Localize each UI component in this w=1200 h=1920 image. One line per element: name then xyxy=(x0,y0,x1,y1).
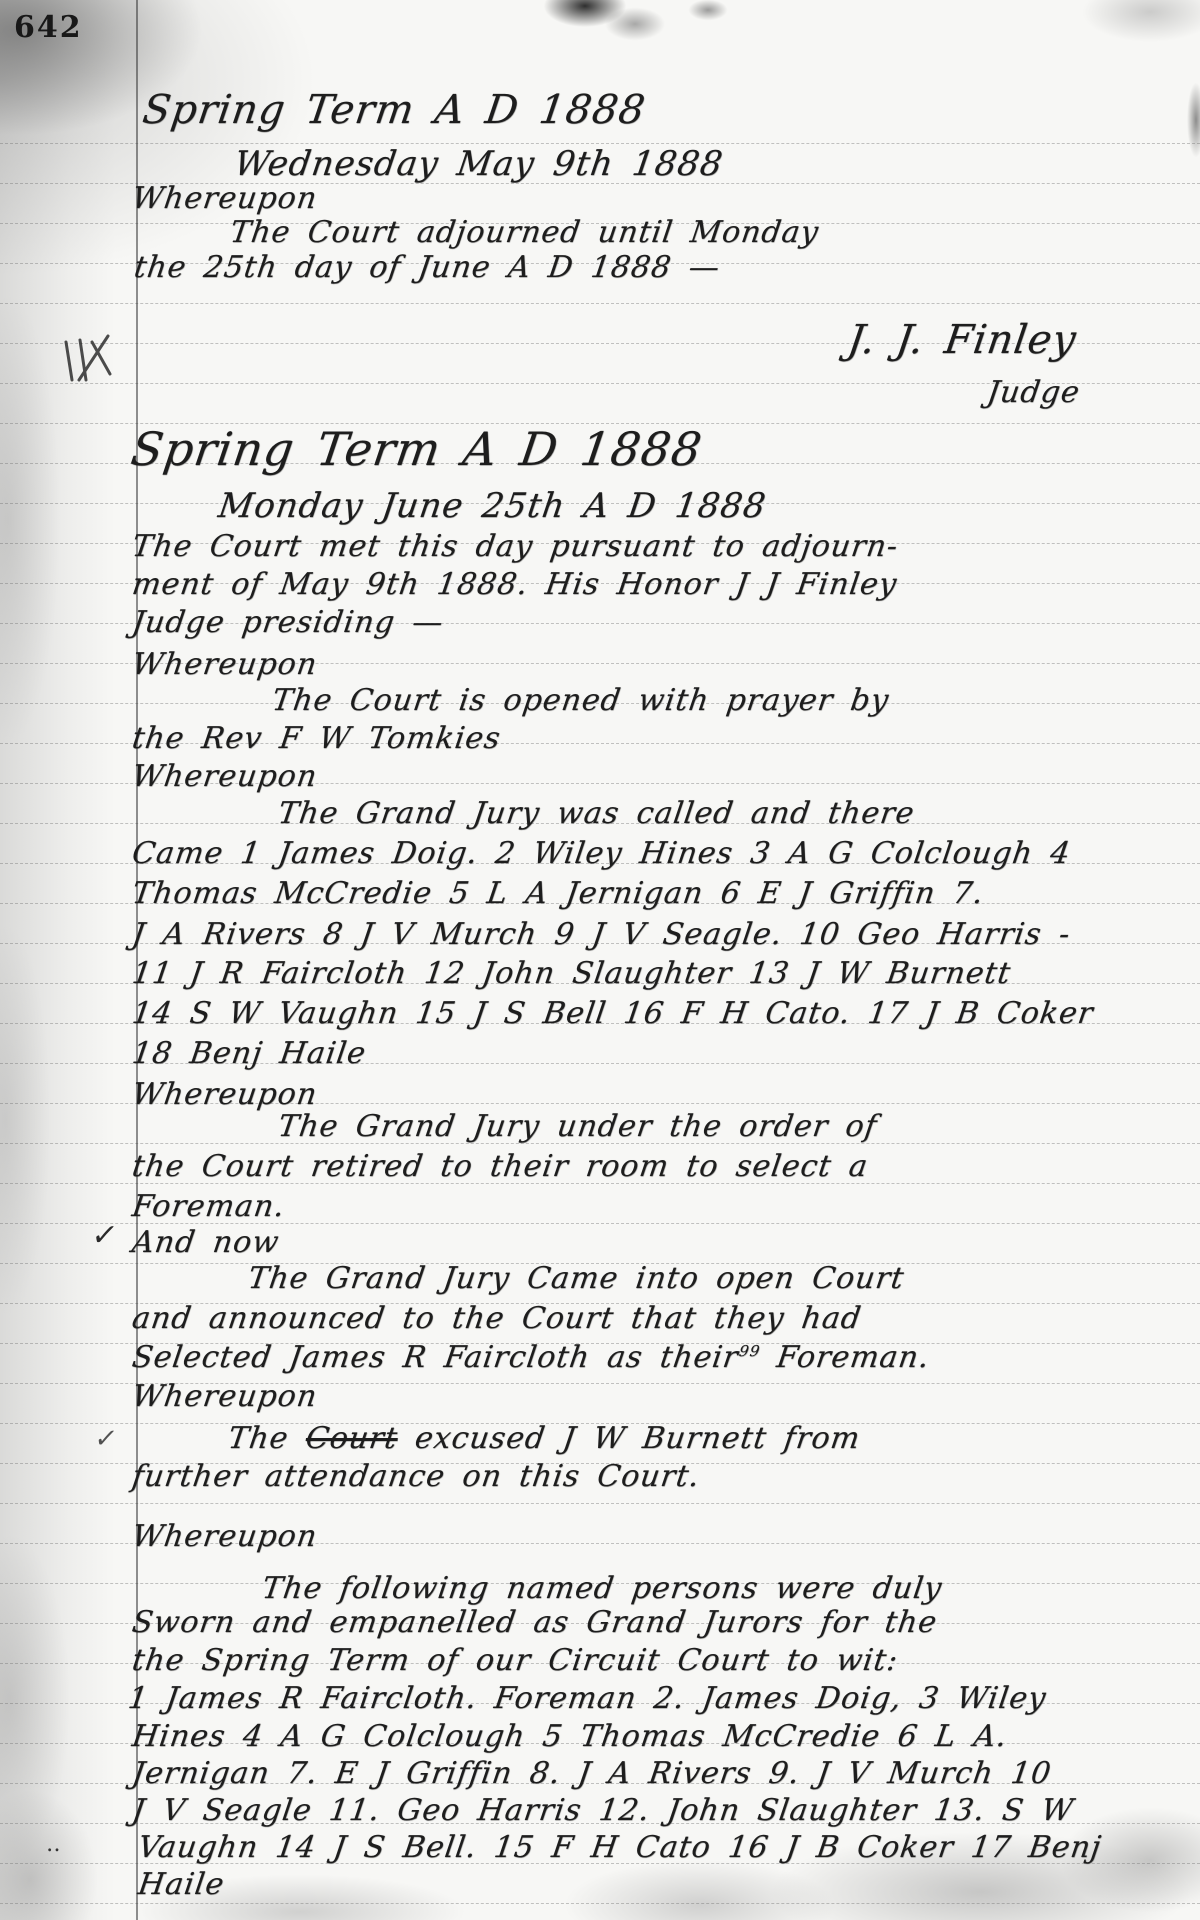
text-line: Came 1 James Doig. 2 Wiley Hines 3 A G C… xyxy=(130,837,1073,870)
text-line: Haile xyxy=(136,1868,227,1901)
text-line: ment of May 9th 1888. His Honor J J Finl… xyxy=(130,568,899,601)
judge-signature-title: Judge xyxy=(985,376,1082,409)
text-line: Vaughn 14 J S Bell. 15 F H Cato 16 J B C… xyxy=(136,1831,1104,1864)
text-line: Whereupon xyxy=(130,760,320,793)
text-line: The Grand Jury was called and there xyxy=(276,797,917,830)
text-line: The Court adjourned until Monday xyxy=(228,216,821,249)
scanned-page: 642 ✓ ✓ ‥ J. J. Finley Judge Spring Term… xyxy=(0,0,1200,1920)
text-line: The Court is opened with prayer by xyxy=(270,684,891,717)
text-line: and announced to the Court that they had xyxy=(130,1302,864,1335)
text-line: Selected James R Faircloth as their99 Fo… xyxy=(130,1341,932,1374)
text-line: Spring Term A D 1888 xyxy=(128,424,705,475)
text-line: the Rev F W Tomkies xyxy=(130,722,503,755)
text-line: the Court retired to their room to selec… xyxy=(130,1150,870,1183)
text-line: Hines 4 A G Colclough 5 Thomas McCredie … xyxy=(130,1720,1009,1753)
text-line: Whereupon xyxy=(130,1078,320,1111)
document-lines: J. J. Finley Judge Spring Term A D 1888W… xyxy=(0,0,1200,1920)
text-line: Monday June 25th A D 1888 xyxy=(216,488,768,525)
text-line: Foreman. xyxy=(130,1190,287,1223)
text-line: And now xyxy=(130,1226,281,1259)
text-line: Jernigan 7. E J Griffin 8. J A Rivers 9.… xyxy=(130,1757,1054,1790)
text-line: the 25th day of June A D 1888 — xyxy=(132,251,722,284)
judge-signature: J. J. Finley xyxy=(845,318,1079,362)
text-line: Whereupon xyxy=(130,1520,320,1553)
text-line: The Grand Jury under the order of xyxy=(276,1110,879,1143)
text-line: Whereupon xyxy=(130,648,320,681)
text-line: Thomas McCredie 5 L A Jernigan 6 E J Gri… xyxy=(130,877,986,910)
text-line: Wednesday May 9th 1888 xyxy=(232,146,725,183)
text-line: 18 Benj Haile xyxy=(130,1037,368,1070)
text-line: The Grand Jury Came into open Court xyxy=(246,1262,906,1295)
text-line: Sworn and empanelled as Grand Jurors for… xyxy=(130,1606,939,1639)
text-line: 11 J R Faircloth 12 John Slaughter 13 J … xyxy=(130,957,1013,990)
text-line: J V Seagle 11. Geo Harris 12. John Slaug… xyxy=(130,1794,1076,1827)
text-line: Judge presiding — xyxy=(130,606,446,639)
text-line: 14 S W Vaughn 15 J S Bell 16 F H Cato. 1… xyxy=(130,997,1096,1030)
text-line: further attendance on this Court. xyxy=(130,1460,702,1493)
text-line: The Court met this day pursuant to adjou… xyxy=(130,530,900,563)
struck-out-word: Court xyxy=(303,1421,400,1456)
text-line: The following named persons were duly xyxy=(260,1572,944,1605)
superscript-annotation: 99 xyxy=(738,1342,762,1360)
text-line: Whereupon xyxy=(130,1380,320,1413)
text-line: The Court excused J W Burnett from xyxy=(226,1422,863,1455)
text-line: the Spring Term of our Circuit Court to … xyxy=(130,1644,900,1677)
text-line: Spring Term A D 1888 xyxy=(140,88,648,132)
text-line: J A Rivers 8 J V Murch 9 J V Seagle. 10 … xyxy=(130,918,1073,951)
text-line: 1 James R Faircloth. Foreman 2. James Do… xyxy=(126,1682,1048,1715)
text-line: Whereupon xyxy=(130,182,320,215)
page-number: 642 xyxy=(14,10,83,45)
